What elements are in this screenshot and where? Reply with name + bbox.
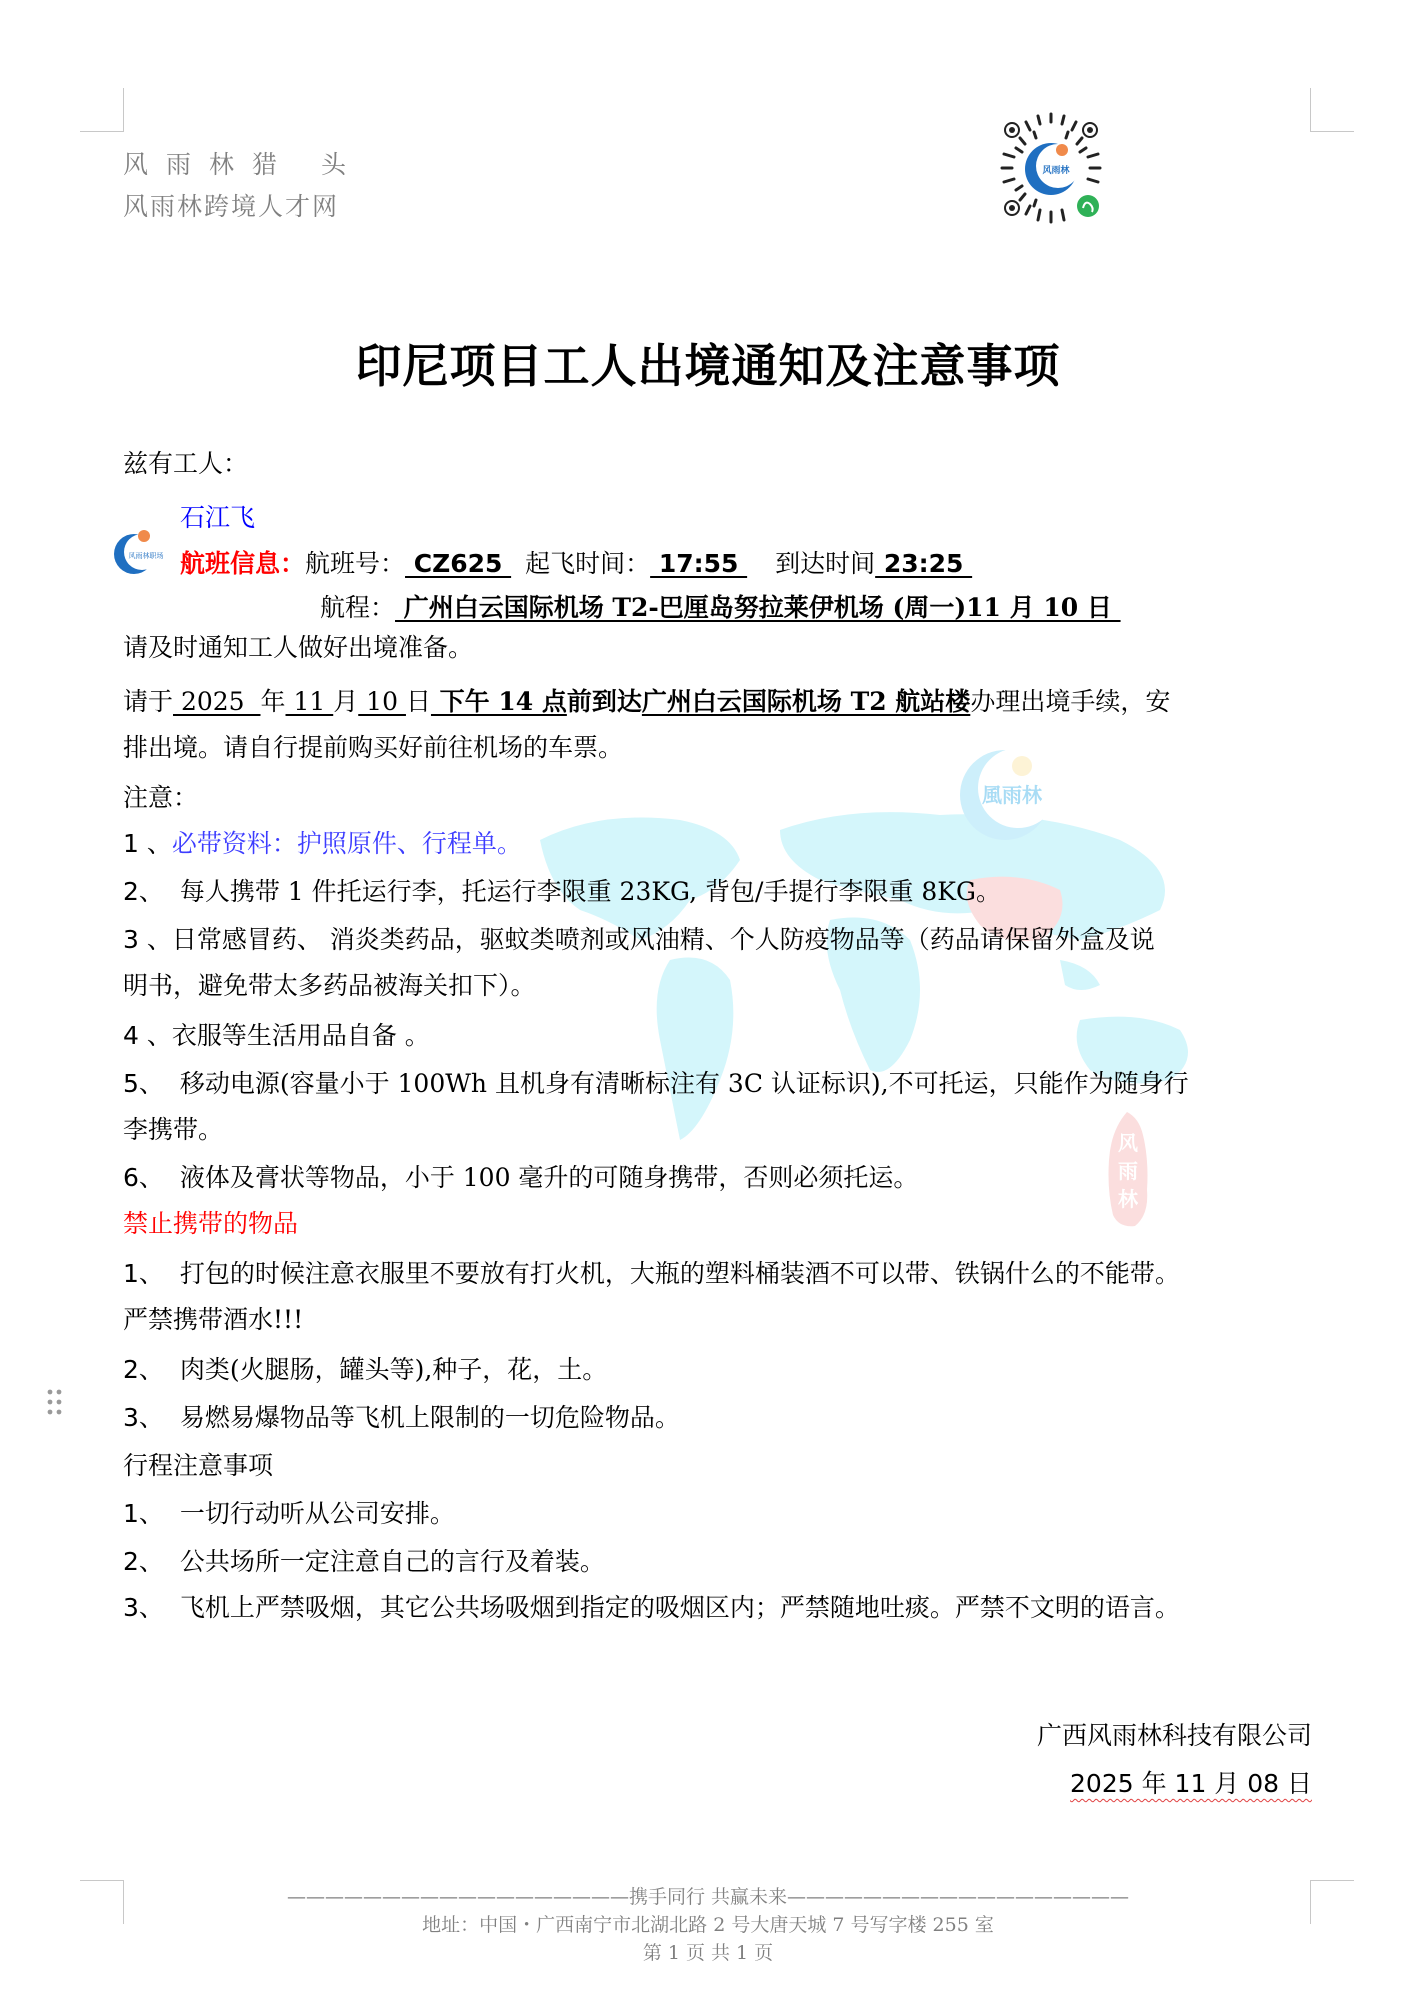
prohibited-item-3: 3、 易燃易爆物品等飞机上限制的一切危险物品。 <box>123 1400 680 1436</box>
footer-slogan: ——————————————————携手同行 共赢未来—————————————… <box>0 1884 1416 1910</box>
attention-item-5-cont: 李携带。 <box>123 1112 223 1148</box>
worker-name: 石江飞 <box>180 500 255 536</box>
month-unit: 月 <box>333 687 358 716</box>
attention-item-3: 3 、日常感冒药、 消炎类药品，驱蚊类喷剂或风油精、个人防疫物品等（药品请保留外… <box>123 922 1155 958</box>
company-signature: 广西风雨林科技有限公司 <box>1037 1718 1312 1754</box>
svg-text:风雨林: 风雨林 <box>1042 164 1070 176</box>
report-month: 11 <box>286 687 334 716</box>
flight-number-label: 航班号： <box>305 549 405 578</box>
svg-text:雨: 雨 <box>1118 1159 1138 1183</box>
drag-handle-icon[interactable] <box>46 1388 64 1418</box>
notice-line-1: 请及时通知工人做好出境准备。 <box>123 630 473 666</box>
report-prefix: 请于 <box>123 687 173 716</box>
report-before: 前到达 <box>567 687 642 716</box>
flight-number: CZ625 <box>405 549 511 578</box>
itinerary-item-2: 2、 公共场所一定注意自己的言行及着装。 <box>123 1544 605 1580</box>
route-row: 航程： 广州白云国际机场 T2-巴厘岛努拉莱伊机场 (周一)11 月 10 日 <box>320 590 1121 626</box>
itinerary-item-3: 3、 飞机上严禁吸烟，其它公共场吸烟到指定的吸烟区内；严禁随地吐痰。严禁不文明的… <box>123 1590 1180 1626</box>
svg-text:風雨林: 風雨林 <box>982 783 1043 807</box>
seal-watermark: 风 雨 林 <box>1105 1110 1151 1230</box>
prohibited-item-2: 2、 肉类(火腿肠，罐头等),种子，花，土。 <box>123 1352 607 1388</box>
itinerary-heading: 行程注意事项 <box>123 1448 273 1484</box>
route-value: 广州白云国际机场 T2-巴厘岛努拉莱伊机场 (周一)11 月 10 日 <box>395 593 1121 622</box>
route-label: 航程： <box>320 593 395 622</box>
arrival-time: 23:25 <box>875 549 972 578</box>
attention-item-3-cont: 明书，避免带太多药品被海关扣下）。 <box>123 968 536 1004</box>
report-year: 2025 <box>173 687 260 716</box>
letterhead-line-1: 风雨林猎 头 <box>123 144 364 186</box>
company-logo-small: 风雨林职场 <box>112 528 170 578</box>
attention-heading: 注意： <box>123 780 198 816</box>
footer-address: 地址：中国・广西南宁市北湖北路 2 号大唐天城 7 号写字楼 255 室 <box>0 1912 1416 1938</box>
prohibited-item-1: 1、 打包的时候注意衣服里不要放有打火机，大瓶的塑料桶装酒不可以带、铁锅什么的不… <box>123 1256 1180 1292</box>
notice-report-row: 请于 2025 年 11 月 10 日 下午 14 点前到达广州白云国际机场 T… <box>123 684 1170 720</box>
notice-line-3: 排出境。请自行提前购买好前往机场的车票。 <box>123 730 623 766</box>
page-title: 印尼项目工人出境通知及注意事项 <box>0 330 1416 396</box>
report-suffix: 办理出境手续，安 <box>970 687 1170 716</box>
letterhead-line-2: 风雨林跨境人才网 <box>123 186 364 228</box>
attention-item-1: 1 、必带资料：护照原件、行程单。 <box>123 826 522 862</box>
report-location: 广州白云国际机场 T2 航站楼 <box>642 687 970 716</box>
report-day: 10 <box>358 687 406 716</box>
arrival-label: 到达时间 <box>775 549 875 578</box>
company-logo-watermark: 風雨林 <box>950 740 1060 850</box>
flight-info-row: 航班信息：航班号： CZ625 起飞时间： 17:55 到达时间 23:25 <box>180 546 972 582</box>
greeting: 兹有工人： <box>123 446 248 482</box>
attention-item-5: 5、 移动电源(容量小于 100Wh 且机身有清晰标注有 3C 认证标识),不可… <box>123 1066 1189 1102</box>
prohibited-heading: 禁止携带的物品 <box>123 1206 298 1242</box>
prohibited-item-1-cont: 严禁携带酒水!!! <box>123 1302 303 1338</box>
departure-label: 起飞时间： <box>525 549 650 578</box>
mini-program-qr-code: 风雨林 <box>990 108 1112 230</box>
signature-date: 2025 年 11 月 08 日 <box>1070 1766 1312 1802</box>
svg-text:风: 风 <box>1118 1131 1139 1155</box>
crop-mark-top-right <box>1310 88 1354 132</box>
itinerary-item-1: 1、 一切行动听从公司安排。 <box>123 1496 455 1532</box>
attention-item-4: 4 、衣服等生活用品自备 。 <box>123 1018 430 1054</box>
svg-text:林: 林 <box>1118 1187 1139 1211</box>
attention-item-2: 2、 每人携带 1 件托运行李，托运行李限重 23KG, 背包/手提行李限重 8… <box>123 874 1001 910</box>
attention-item-6: 6、 液体及膏状等物品，小于 100 毫升的可随身携带，否则必须托运。 <box>123 1160 918 1196</box>
day-unit: 日 <box>406 687 431 716</box>
year-unit: 年 <box>260 687 285 716</box>
letterhead: 风雨林猎 头 风雨林跨境人才网 <box>123 144 364 228</box>
report-time: 下午 14 点 <box>431 687 567 716</box>
svg-text:风雨林职场: 风雨林职场 <box>129 551 164 560</box>
crop-mark-top-left <box>80 88 124 132</box>
departure-time: 17:55 <box>650 549 747 578</box>
footer-page-number: 第 1 页 共 1 页 <box>0 1940 1416 1966</box>
world-map-watermark <box>520 800 1300 1180</box>
flight-info-label: 航班信息： <box>180 549 305 578</box>
